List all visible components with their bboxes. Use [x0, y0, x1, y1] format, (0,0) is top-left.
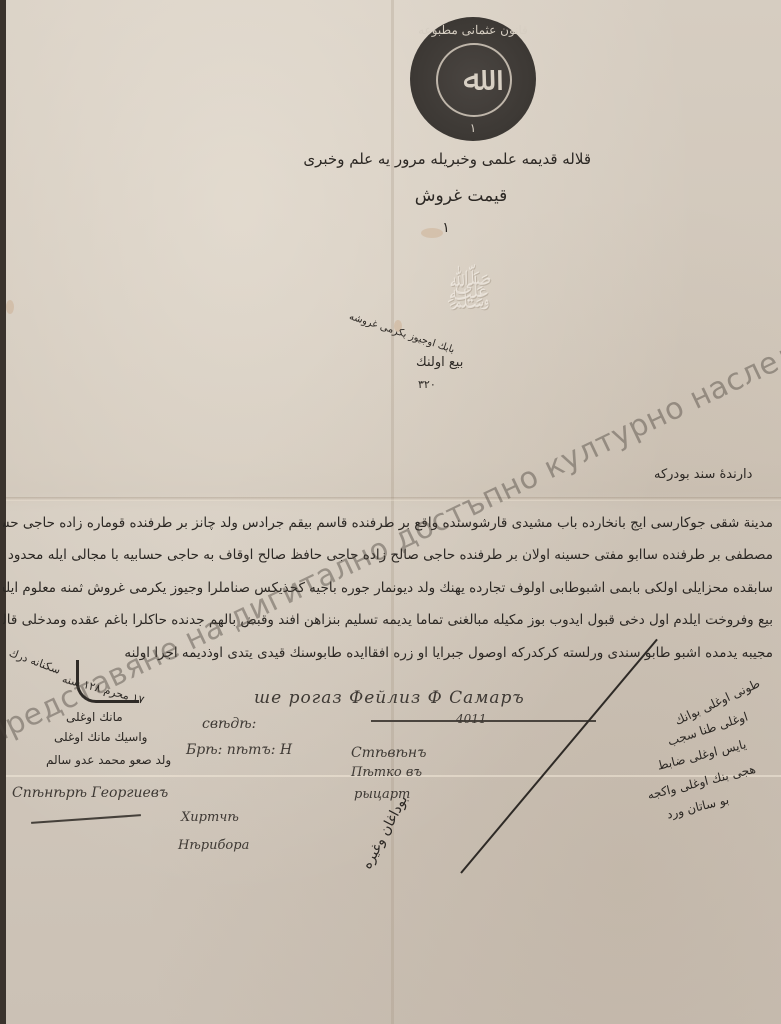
cyrillic-signature-7: Спѣнѣрѣ Георгиевъ [12, 785, 168, 801]
cyrillic-signature-3: Брѣ: пѣтъ: Н [186, 742, 292, 758]
cyrillic-signature-5: Пѣтко въ [351, 765, 422, 780]
signature-dash [31, 814, 141, 824]
left-margin-witness-2: واسيك مانك اوغلى [54, 730, 147, 744]
seal-numeral: ١ [410, 121, 536, 135]
body-line-3: سابقده محزايلى اولكى بابمى اشبوطابى اولو… [3, 580, 773, 596]
signature-number: 4011 [456, 712, 487, 726]
seal-inner-ring [436, 43, 512, 117]
cyrillic-signature-8: Хиртчѣ [181, 810, 239, 825]
horizontal-fold-crease [6, 497, 781, 501]
diagonal-signature: بوداغان وغيره [359, 793, 411, 872]
cyrillic-signature-9: Нѣрибора [178, 838, 249, 853]
header-line-1: قلاله قديمه علمى وخبريله مرور يه علم وخب… [351, 150, 591, 168]
seal-ring-text: قانون عثمانی مطبوعه [410, 23, 536, 37]
cyrillic-signature-4: Стѣвѣнъ [351, 745, 426, 761]
header-price-value: ١ [436, 220, 456, 236]
embossed-stamp-icon: ﷺ [434, 268, 504, 338]
document-page: قانون عثمانی مطبوعه ﷲ ١ قلاله قديمه علمى… [6, 0, 781, 1024]
sale-number-note: ٣٢٠ [418, 378, 436, 391]
left-margin-witness-3: ولد صعو محمد عدو سالم [46, 753, 171, 767]
foxing-stain [6, 300, 14, 314]
cyrillic-main-signature: ше рогаз Фейлиз Ф Самаръ [254, 688, 525, 708]
ottoman-seal-stamp: قانون عثمانی مطبوعه ﷲ ١ [410, 17, 536, 141]
diagonal-signature-stroke [460, 639, 658, 874]
header-price-label: قيمت غروش [406, 186, 516, 206]
right-margin-witness-5: بو ساتان ورد [665, 793, 730, 822]
body-line-4: بيع وفروخت ايلدم اول دخى قبول ايدوب بوز … [3, 612, 773, 628]
salutation: دارندهٔ سند بودركه [654, 467, 752, 482]
cyrillic-signature-2: свѣдѣ: [202, 716, 256, 732]
sale-note: بيع اولنك [416, 355, 463, 370]
